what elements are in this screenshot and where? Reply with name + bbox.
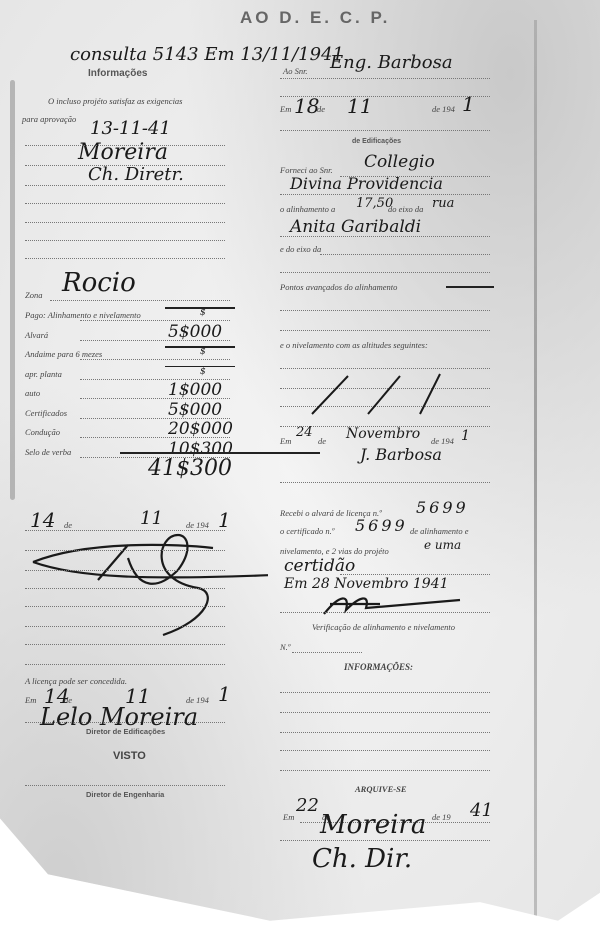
fees-total: 41$300 [148,456,232,481]
director-role: Diretor de Edificações [86,727,165,736]
fee-label: Pago: Alinhamento e nivelamento [25,310,141,320]
nivelamento2-value: e uma [424,538,461,552]
ao-label: Ao Snr. [283,66,308,76]
approval-role: Ch. Diretr. [88,164,184,185]
date2-year: de 194 [186,520,209,530]
edificacoes-label: de Edificações [352,138,401,145]
date4-em: Em [280,436,291,446]
fee-label: Condução [25,427,60,437]
fee-value: $ [200,367,206,377]
date4-year-suffix: 1 [461,428,470,444]
approval-date: 13-11-41 [90,118,171,139]
date4-de: de [318,436,326,446]
fee-label: Certificados [25,408,67,418]
date3-year-suffix: 1 [218,682,231,706]
nivelamento-label: e o nivelamento com as altitudes seguint… [280,340,428,350]
date1-day: 18 [294,94,319,118]
received-signature [320,590,470,618]
date3-em: Em [25,695,36,705]
certidao-value: certidão [284,556,355,576]
date2-day: 14 [30,508,55,532]
date1-year: de 194 [432,104,455,114]
fee-value: $ [200,308,206,318]
recebi-value: 5699 [416,498,469,517]
date4-day: 24 [296,425,313,440]
arquive-label: ARQUIVE-SE [355,784,407,794]
no-label: N.º [280,642,290,652]
alinhamento-label: o alinhamento a [280,204,335,214]
eixo-label: do eixo da [388,204,423,214]
date1-em: Em [280,104,291,114]
date5-day: 22 [296,795,319,816]
approval-continuation: para aprovação [22,114,76,124]
engineering-role: Diretor de Engenharia [86,790,164,799]
date4-signature: J. Barbosa [360,445,442,464]
paper-fold [534,20,537,920]
visto-label: VISTO [113,750,146,762]
fee-value: 20$000 [168,419,233,439]
fee-label: auto [25,388,40,398]
verificacao-label: Verificação de alinhamento e nivelamento [312,622,455,632]
nivelamento2-label: nivelamento, e 2 vias do projéto [280,546,389,556]
certificado-label: o certificado n.º [280,526,334,536]
licence-text: A licença pode ser concedida. [25,676,127,686]
fee-value: 1$000 [168,380,222,400]
fee-value: 5$000 [168,400,222,420]
altitude-slashes [310,370,450,420]
section-title: Informações [88,68,147,79]
fee-label: apr. planta [25,369,62,379]
approval-text: O incluso projéto satisfaz as exigencias [48,96,183,106]
final-signature: Moreira [320,810,426,840]
approval-signature: Moreira [78,140,168,165]
handwritten-consulta: consulta 5143 Em 13/11/1941 [70,44,344,65]
fee-value: $ [200,347,206,357]
informacoes-label: INFORMAÇÕES: [344,662,413,672]
zona-value: Rocio [62,268,136,298]
date5-year-suffix: 41 [470,800,493,821]
certificado-value: 5699 [355,516,408,535]
pontos-label: Pontos avançados do alinhamento [280,282,397,292]
date4-month: Novembro [346,426,420,442]
date1-de: de [317,104,325,114]
zona-label: Zona [25,290,42,300]
date2-month: 11 [140,508,163,529]
street-value: Anita Garibaldi [290,217,421,237]
stamp-header: AO D. E. C. P. [240,8,390,28]
ao-value: Eng. Barbosa [330,52,453,73]
signature-scribble [28,530,268,640]
forneci-value-1: Collegio [364,152,435,172]
forneci-value-2: Divina Providencia [290,174,443,193]
fee-label: Andaime para 6 mezes [25,349,102,359]
eixo-value: rua [432,196,454,211]
date1-year-suffix: 1 [462,92,475,116]
date2-de: de [64,520,72,530]
certificado-suffix: de alinhamento e [410,526,469,536]
fee-value: 5$000 [168,322,222,342]
date5-year: de 19 [432,812,451,822]
scanned-document: AO D. E. C. P. consulta 5143 Em 13/11/19… [0,0,600,930]
date2-year-suffix: 1 [218,508,231,532]
fee-label: Alvará [25,330,48,340]
fee-label: Selo de verba [25,447,71,457]
eixo2-label: e do eixo da [280,244,321,254]
final-role: Ch. Dir. [312,844,412,874]
date5-em: Em [283,812,294,822]
paper-edge [10,80,15,500]
date1-month: 11 [347,94,372,118]
